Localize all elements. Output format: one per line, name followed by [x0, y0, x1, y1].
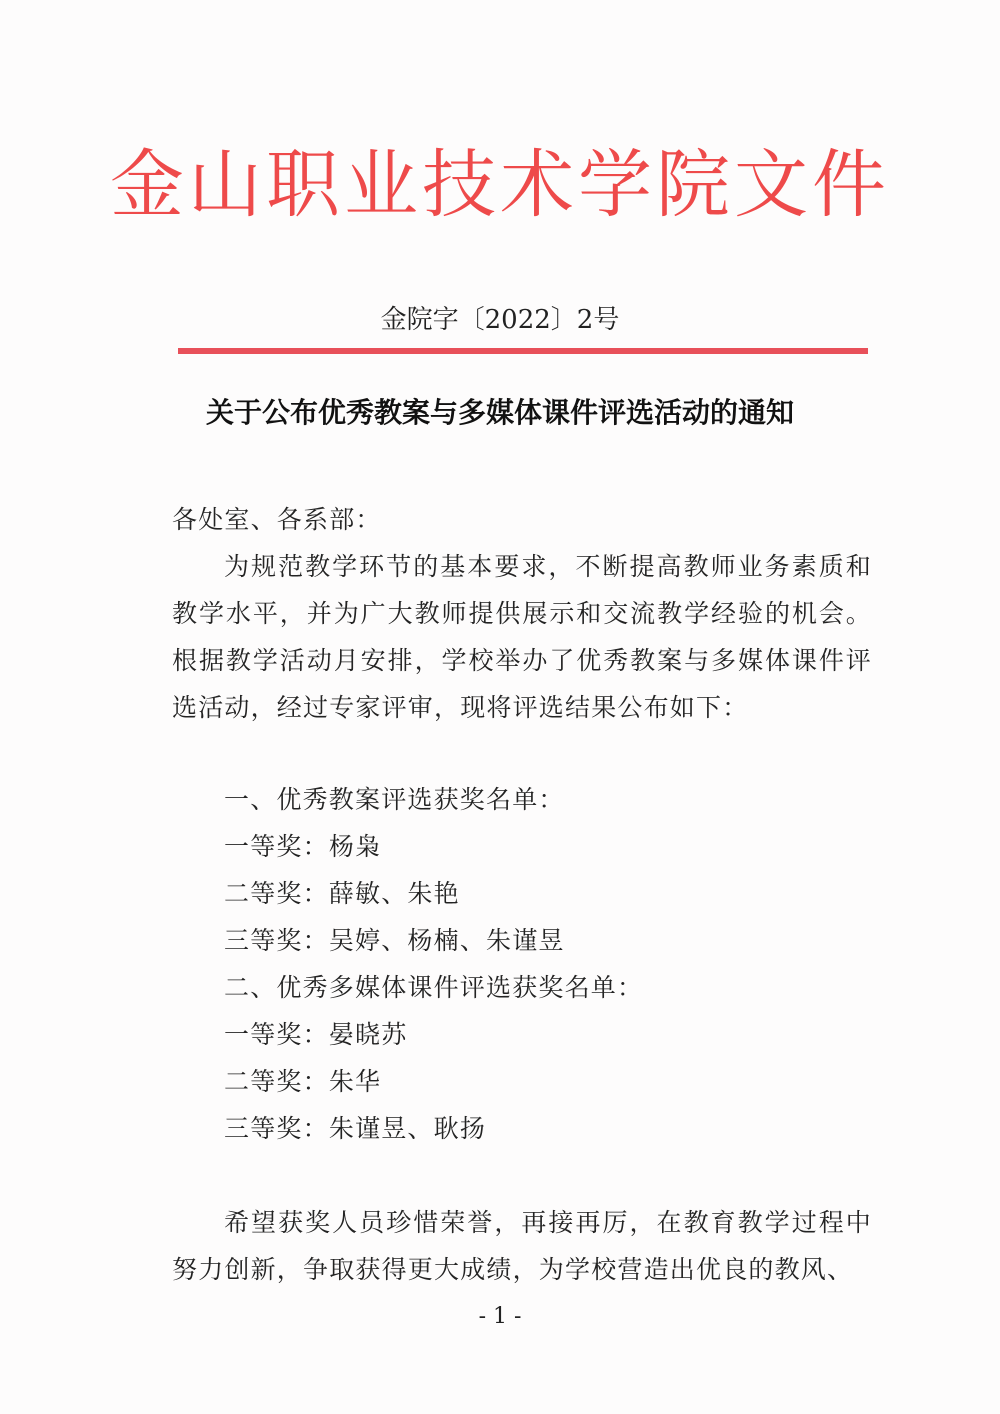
award-row: 三等奖：朱谨昱、耿扬: [224, 1105, 824, 1152]
notice-title: 关于公布优秀教案与多媒体课件评选活动的通知: [0, 391, 1000, 435]
award-row: 三等奖：吴婷、杨楠、朱谨昱: [224, 917, 824, 964]
award-row: 二等奖：朱华: [224, 1058, 824, 1105]
section-heading-lesson-plans: 一、优秀教案评选获奖名单：: [224, 776, 824, 823]
award-rank: 二等奖：: [224, 1067, 329, 1096]
award-names: 吴婷、杨楠、朱谨昱: [329, 926, 565, 955]
award-row: 二等奖：薛敏、朱艳: [224, 870, 824, 917]
award-names: 薛敏、朱艳: [329, 879, 460, 908]
body-intro: 各处室、各系部： 为规范教学环节的基本要求，不断提高教师业务素质和教学水平，并为…: [172, 496, 872, 731]
page-number: - 1 -: [0, 1302, 1000, 1332]
document-number: 金院字〔2022〕2号: [0, 302, 1000, 338]
award-row: 一等奖：晏晓苏: [224, 1011, 824, 1058]
document-header-title: 金山职业技术学院文件: [0, 140, 1000, 230]
closing-paragraph: 希望获奖人员珍惜荣誉，再接再厉，在教育教学过程中努力创新，争取获得更大成绩，为学…: [172, 1199, 872, 1293]
award-rank: 一等奖：: [224, 832, 329, 861]
award-rank: 三等奖：: [224, 1114, 329, 1143]
award-names: 朱华: [329, 1067, 381, 1096]
award-names: 杨枭: [329, 832, 381, 861]
award-names: 晏晓苏: [329, 1020, 408, 1049]
award-lists: 一、优秀教案评选获奖名单： 一等奖：杨枭 二等奖：薛敏、朱艳 三等奖：吴婷、杨楠…: [224, 776, 824, 1152]
salutation: 各处室、各系部：: [172, 496, 872, 543]
red-header-divider: [178, 348, 868, 354]
award-names: 朱谨昱、耿扬: [329, 1114, 486, 1143]
closing-section: 希望获奖人员珍惜荣誉，再接再厉，在教育教学过程中努力创新，争取获得更大成绩，为学…: [172, 1199, 872, 1293]
award-rank: 三等奖：: [224, 926, 329, 955]
award-row: 一等奖：杨枭: [224, 823, 824, 870]
award-rank: 一等奖：: [224, 1020, 329, 1049]
section-heading-multimedia: 二、优秀多媒体课件评选获奖名单：: [224, 964, 824, 1011]
award-rank: 二等奖：: [224, 879, 329, 908]
intro-paragraph: 为规范教学环节的基本要求，不断提高教师业务素质和教学水平，并为广大教师提供展示和…: [172, 543, 872, 731]
